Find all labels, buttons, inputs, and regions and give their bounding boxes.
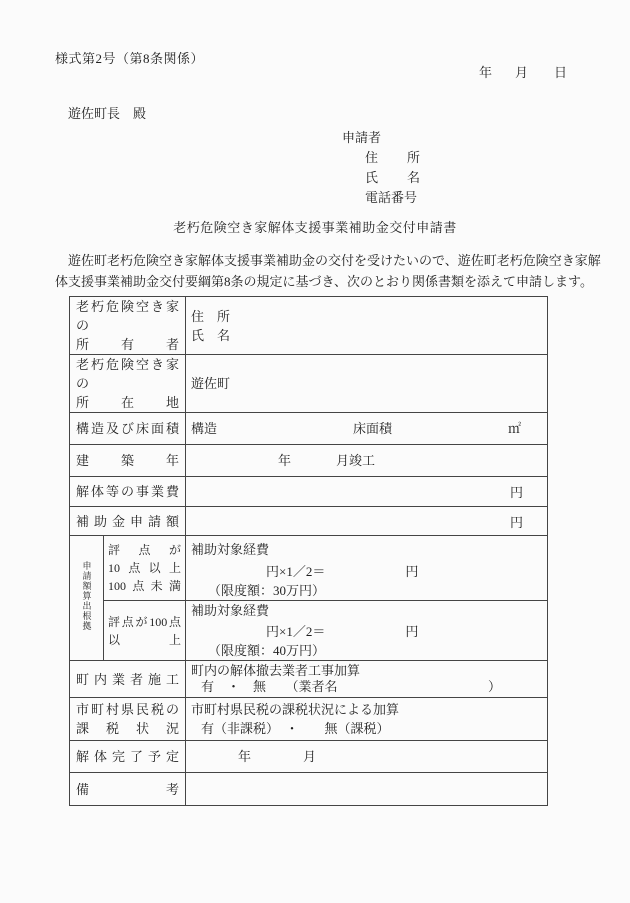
location-value: 遊佐町: [191, 374, 547, 393]
request-amount-label: 補助金申請額: [76, 512, 179, 531]
contractor-label: 町内業者施工: [76, 670, 179, 689]
applicant-name-row: 氏 名: [342, 168, 420, 188]
calc-basis-vertical-label: 申請額算出根拠: [80, 561, 94, 631]
completion-label-cell: 解体完了予定: [70, 741, 186, 773]
location-value-cell: 遊佐町: [186, 355, 548, 413]
contractor-row: 町内業者施工 町内の解体撤去業者工事加算 有 ・ 無 （業者名）: [70, 661, 548, 698]
contractor-line1: 町内の解体撤去業者工事加算: [191, 663, 547, 680]
structure-label: 構造及び床面積: [76, 419, 179, 438]
remarks-value-cell: [186, 773, 548, 806]
completion-year-unit: 年: [238, 749, 251, 764]
form-number: 様式第2号（第8条関係）: [55, 48, 204, 67]
body-paragraph: 遊佐町老朽危険空き家解体支援事業補助金の交付を受けたいので、遊佐町老朽危険空き家…: [55, 250, 601, 292]
completion-label: 解体完了予定: [76, 747, 179, 766]
case2-formula: 円×1／2＝: [266, 624, 325, 639]
owner-value-cell: 住 所 氏 名: [186, 297, 548, 355]
case1-formula: 円×1／2＝: [266, 564, 325, 579]
case2-value-cell: 補助対象経費 円×1／2＝円（限度額：40万円）: [186, 601, 548, 661]
case1-yen-unit: 円: [405, 564, 418, 579]
structure-label-cell: 構造及び床面積: [70, 413, 186, 445]
tax-yes-no: 有（非課税） ・ 無（課税）: [201, 721, 390, 736]
owner-name-label: 氏 名: [191, 326, 547, 345]
remarks-label: 備考: [76, 780, 179, 799]
body-line-2: 体支援事業補助金交付要綱第8条の規定に基づき、次のとおり関係書類を添えて申請しま…: [55, 271, 601, 292]
case1-condition-line1: 評点が: [108, 541, 181, 559]
tax-label-line2: 課税状況: [76, 719, 179, 738]
contractor-yes-no: 有 ・ 無 （業者名: [201, 679, 338, 694]
remarks-row: 備考: [70, 773, 548, 806]
completion-row: 解体完了予定 年月: [70, 741, 548, 773]
cost-label-cell: 解体等の事業費: [70, 477, 186, 507]
location-row: 老朽危険空き家の 所在地 遊佐町: [70, 355, 548, 413]
case2-limit: （限度額：40万円）: [208, 643, 325, 658]
body-line-1: 遊佐町老朽危険空き家解体支援事業補助金の交付を受けたいので、遊佐町老朽危険空き家…: [55, 250, 601, 271]
tax-line1: 市町村県民税の課税状況による加算: [191, 700, 547, 719]
built-year-value-cell: 年月竣工: [186, 445, 548, 477]
contractor-close-paren: ）: [488, 679, 501, 696]
case1-limit: （限度額：30万円）: [208, 583, 325, 598]
owner-row: 老朽危険空き家の 所有者 住 所 氏 名: [70, 297, 548, 355]
contractor-value-cell: 町内の解体撤去業者工事加算 有 ・ 無 （業者名）: [186, 661, 548, 698]
location-label-cell: 老朽危険空き家の 所在地: [70, 355, 186, 413]
owner-label-cell: 老朽危険空き家の 所有者: [70, 297, 186, 355]
contractor-label-cell: 町内業者施工: [70, 661, 186, 698]
built-year-label: 建築年: [76, 451, 179, 470]
cost-label: 解体等の事業費: [76, 482, 179, 501]
structure-row: 構造及び床面積 構造床面積㎡: [70, 413, 548, 445]
cost-value-cell: 円: [186, 477, 548, 507]
case2-condition-line1: 評点が100点: [108, 613, 181, 631]
document-title: 老朽危険空き家解体支援事業補助金交付申請書: [0, 217, 630, 236]
applicant-block: 申請者 住 所 氏 名 電話番号: [342, 128, 420, 208]
remarks-label-cell: 備考: [70, 773, 186, 806]
square-meter-unit: ㎡: [508, 421, 521, 436]
calc-basis-case1-row: 申請額算出根拠 評点が 10点以上 100点未満 補助対象経費 円×1／2＝円（…: [70, 536, 548, 601]
date-month-label: 月: [515, 65, 528, 80]
cost-yen-unit: 円: [510, 485, 523, 500]
addressee: 遊佐町長 殿: [68, 103, 146, 122]
tax-row: 市町村県民税の 課税状況 市町村県民税の課税状況による加算 有（非課税） ・ 無…: [70, 698, 548, 741]
case1-condition-line3: 100点未満: [108, 577, 181, 595]
application-table: 老朽危険空き家の 所有者 住 所 氏 名 老朽危険空き家の 所在地 遊佐町 構造…: [69, 296, 548, 806]
built-year-row: 建築年 年月竣工: [70, 445, 548, 477]
date-day-label: 日: [554, 65, 567, 80]
case1-condition-line2: 10点以上: [108, 559, 181, 577]
calc-basis-vertical-label-cell: 申請額算出根拠: [70, 536, 104, 661]
case2-expense-label: 補助対象経費: [191, 601, 547, 620]
applicant-phone-label: 電話番号: [365, 188, 417, 208]
request-amount-label-cell: 補助金申請額: [70, 507, 186, 536]
built-year-unit: 年: [278, 453, 291, 468]
request-amount-value-cell: 円: [186, 507, 548, 536]
owner-label-line1: 老朽危険空き家の: [76, 297, 179, 335]
case1-value-cell: 補助対象経費 円×1／2＝円（限度額：30万円）: [186, 536, 548, 601]
request-yen-unit: 円: [510, 515, 523, 530]
location-label-line2: 所在地: [76, 393, 179, 412]
calc-basis-case2-row: 評点が100点 以上 補助対象経費 円×1／2＝円（限度額：40万円）: [70, 601, 548, 661]
case2-condition-line2: 以上: [108, 631, 181, 649]
request-amount-row: 補助金申請額 円: [70, 507, 548, 536]
case1-expense-label: 補助対象経費: [191, 539, 547, 560]
document-page: 様式第2号（第8条関係） 年月日 遊佐町長 殿 申請者 住 所 氏 名 電話番号…: [0, 0, 630, 903]
date-year-label: 年: [479, 65, 492, 80]
date-line: 年月日: [479, 62, 567, 81]
completion-value-cell: 年月: [186, 741, 548, 773]
applicant-address-label: 住 所: [365, 148, 420, 168]
case2-yen-unit: 円: [405, 624, 418, 639]
contractor-line2: 有 ・ 無 （業者名）: [191, 679, 547, 696]
applicant-address-row: 住 所: [342, 148, 420, 168]
case1-condition-cell: 評点が 10点以上 100点未満: [104, 536, 186, 601]
case2-condition-cell: 評点が100点 以上: [104, 601, 186, 661]
completion-month-unit: 月: [303, 749, 316, 764]
owner-label-line2: 所有者: [76, 335, 179, 354]
floor-area-label: 床面積: [353, 421, 392, 436]
tax-value-cell: 市町村県民税の課税状況による加算 有（非課税） ・ 無（課税）: [186, 698, 548, 741]
owner-address-label: 住 所: [191, 307, 547, 326]
cost-row: 解体等の事業費 円: [70, 477, 548, 507]
applicant-heading: 申請者: [342, 128, 420, 148]
tax-label-line1: 市町村県民税の: [76, 700, 179, 719]
applicant-phone-row: 電話番号: [342, 188, 420, 208]
tax-label-cell: 市町村県民税の 課税状況: [70, 698, 186, 741]
location-label-line1: 老朽危険空き家の: [76, 355, 179, 393]
structure-sub-label: 構造: [191, 421, 217, 436]
built-month-completed: 月竣工: [336, 453, 375, 468]
structure-value-cell: 構造床面積㎡: [186, 413, 548, 445]
applicant-name-label: 氏 名: [365, 168, 420, 188]
tax-line2: 有（非課税） ・ 無（課税）: [191, 719, 547, 738]
built-year-label-cell: 建築年: [70, 445, 186, 477]
